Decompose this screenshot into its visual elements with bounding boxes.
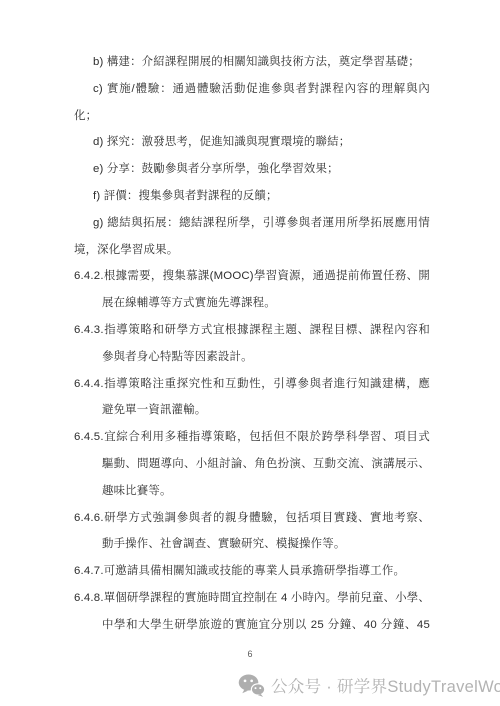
text-line: 展在線輔導等方式實施先導課程。 xyxy=(74,290,430,317)
document-page: b) 構建：介紹課程開展的相關知識與技術方法，奠定學習基礎；c) 實施/體驗：通… xyxy=(0,0,500,706)
text-line: c) 實施/體驗：通過體驗活動促進參與者對課程內容的理解與內 xyxy=(74,76,430,103)
text-line: 避免單一資訊灌輸。 xyxy=(74,397,430,424)
text-line: 6.4.3.指導策略和研學方式宜根據課程主題、課程目標、課程內容和 xyxy=(74,317,430,344)
wechat-icon xyxy=(238,674,265,697)
text-line: 參與者身心特點等因素設計。 xyxy=(74,344,430,371)
watermark: 公众号 · 研学界StudyTravelWorld xyxy=(238,673,500,697)
text-line: 6.4.7.可邀請具備相關知識或技能的專業人員承擔研學指導工作。 xyxy=(74,558,430,585)
text-line: d) 探究：激發思考，促進知識與現實環境的聯結； xyxy=(74,129,430,156)
text-line: g) 總結與拓展：總結課程所學，引導參與者運用所學拓展應用情 xyxy=(74,210,430,237)
text-line: e) 分享：鼓勵參與者分享所學，強化學習效果； xyxy=(74,156,430,183)
text-line: 6.4.4.指導策略注重探究性和互動性，引導參與者進行知識建構，應 xyxy=(74,371,430,398)
document-text: b) 構建：介紹課程開展的相關知識與技術方法，奠定學習基礎；c) 實施/體驗：通… xyxy=(74,49,430,639)
text-line: f) 評價：搜集參與者對課程的反饋； xyxy=(74,183,430,210)
text-line: 動手操作、社會調查、實驗研究、模擬操作等。 xyxy=(74,531,430,558)
text-line: 6.4.5.宜綜合利用多種指導策略，包括但不限於跨學科學習、項目式 xyxy=(74,424,430,451)
text-line: 境，深化學習成果。 xyxy=(74,237,430,264)
text-line: 6.4.2.根據需要，搜集慕課(MOOC)學習資源，通過提前佈置任務、開 xyxy=(74,263,430,290)
text-line: 化； xyxy=(74,103,430,130)
text-line: 6.4.6.研學方式強調參與者的親身體驗，包括項目實踐、實地考察、 xyxy=(74,505,430,532)
page-number: 6 xyxy=(0,649,500,659)
text-line: 趣味比賽等。 xyxy=(74,478,430,505)
text-line: 中學和大學生研學旅遊的實施宜分別以 25 分鐘、40 分鐘、45 xyxy=(74,612,430,639)
text-line: 6.4.8.單個研學課程的實施時間宜控制在 4 小時內。學前兒童、小學、 xyxy=(74,585,430,612)
text-line: 驅動、問題導向、小組討論、角色扮演、互動交流、演講展示、 xyxy=(74,451,430,478)
watermark-text: 公众号 · 研学界StudyTravelWorld xyxy=(271,673,500,697)
text-line: b) 構建：介紹課程開展的相關知識與技術方法，奠定學習基礎； xyxy=(74,49,430,76)
